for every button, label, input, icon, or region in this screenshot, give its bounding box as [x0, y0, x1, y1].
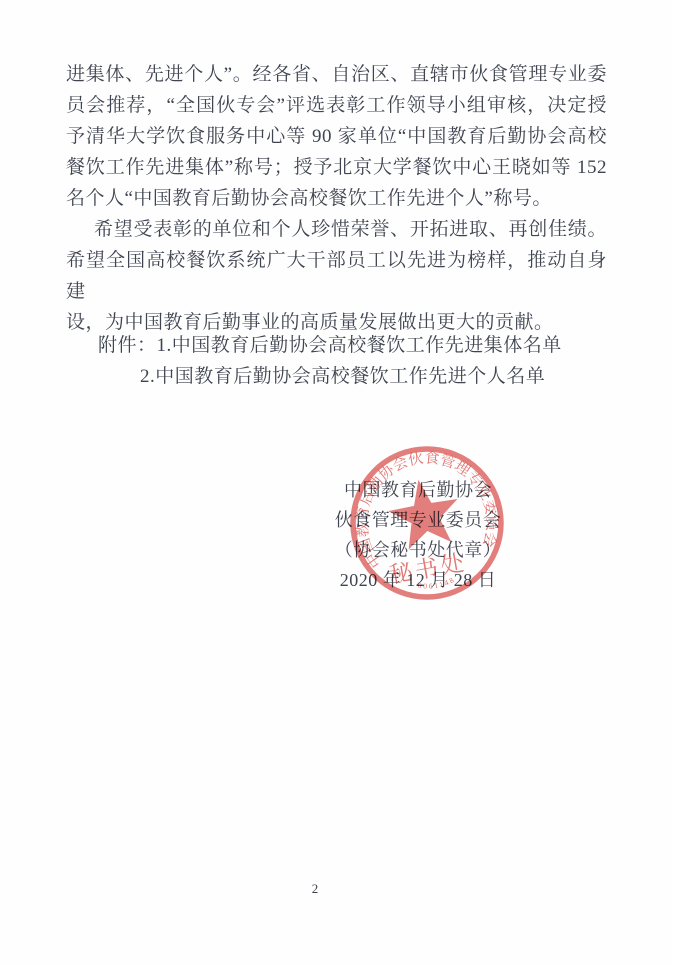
body-line: 希望全国高校餐饮系统广大干部员工以先进为榜样，推动自身建 [66, 245, 607, 307]
signature-proxy-note: （协会秘书处代章） [318, 535, 518, 565]
body-line: 名个人“中国教育后勤协会高校餐饮工作先进个人”称号。 [66, 183, 607, 214]
document-page: 进集体、先进个人”。经各省、自治区、直辖市伙食管理专业委 员会推荐，“全国伙专会… [0, 0, 673, 964]
attachment-line-1: 附件：1.中国教育后勤协会高校餐饮工作先进集体名单 [98, 330, 562, 361]
attachment-block: 附件：1.中国教育后勤协会高校餐饮工作先进集体名单 2.中国教育后勤协会高校餐饮… [98, 330, 562, 392]
body-line: 希望受表彰的单位和个人珍惜荣誉、开拓进取、再创佳绩。 [66, 214, 607, 245]
body-text: 进集体、先进个人”。经各省、自治区、直辖市伙食管理专业委 员会推荐，“全国伙专会… [66, 59, 607, 338]
signature-org-line-2: 伙食管理专业委员会 [318, 505, 518, 535]
attachment-line-2: 2.中国教育后勤协会高校餐饮工作先进个人名单 [98, 361, 562, 392]
body-line: 进集体、先进个人”。经各省、自治区、直辖市伙食管理专业委 [66, 59, 607, 90]
page-number: 2 [300, 881, 330, 897]
signature-block: 中国教育后勤协会 伙食管理专业委员会 （协会秘书处代章） 2020 年 12 月… [318, 475, 518, 595]
signature-date: 2020 年 12 月 28 日 [318, 565, 518, 595]
signature-org-line-1: 中国教育后勤协会 [318, 475, 518, 505]
body-line: 餐饮工作先进集体”称号；授予北京大学餐饮中心王晓如等 152 [66, 152, 607, 183]
body-line: 予清华大学饮食服务中心等 90 家单位“中国教育后勤协会高校 [66, 121, 607, 152]
body-line: 员会推荐，“全国伙专会”评选表彰工作领导小组审核，决定授 [66, 90, 607, 121]
